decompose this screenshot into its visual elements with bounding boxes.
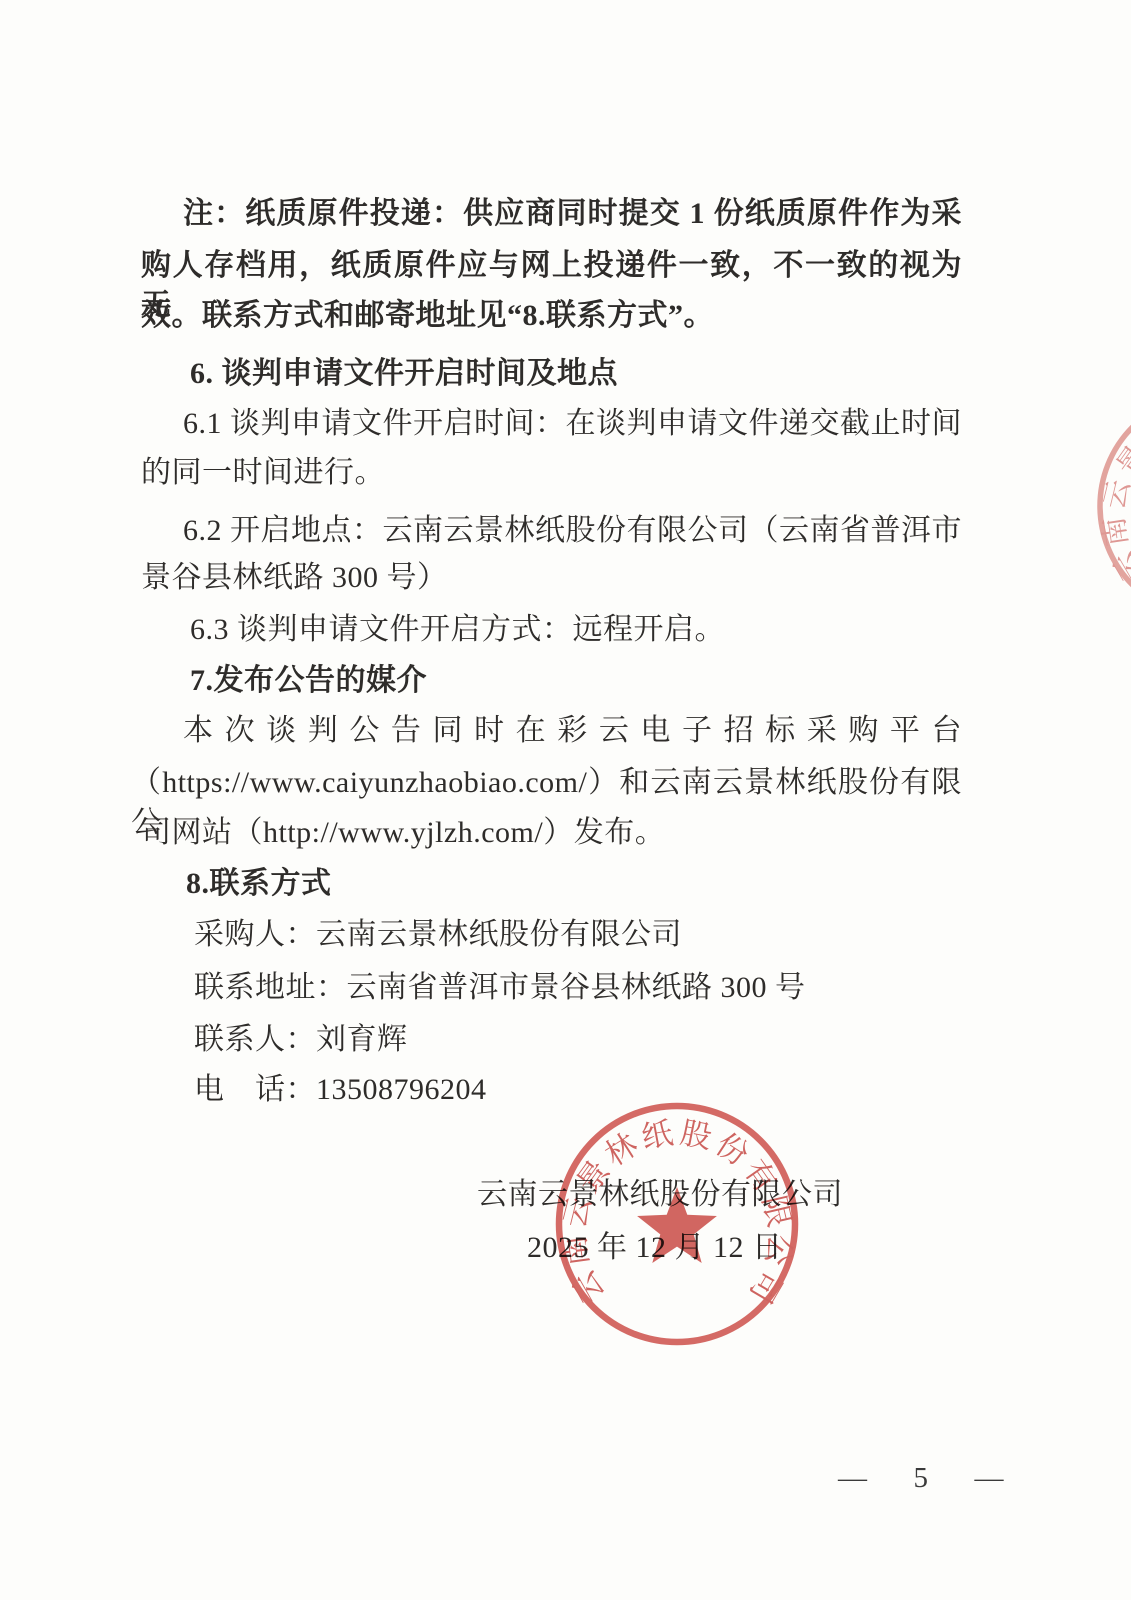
contact-person-line: 联系人：刘育辉 [194,1020,408,1060]
note-line-3-suffix: ”。 [668,299,714,332]
section-6-3-line: 6.3 谈判申请文件开启方式：远程开启。 [190,610,725,650]
partial-seal-stamp: 云南云景林纸股份有限公司 [1077,371,1131,641]
section-6-1-line-2: 的同一时间进行。 [141,453,385,493]
section-6-1-line-1: 6.1 谈判申请文件开启时间：在谈判申请文件递交截止时间 [183,404,962,444]
section-7-heading: 7.发布公告的媒介 [190,661,427,701]
contact-address-line: 联系地址：云南省普洱市景谷县林纸路 300 号 [194,968,806,1008]
section-6-heading: 6. 谈判申请文件开启时间及地点 [190,354,618,394]
section-8-heading: 8.联系方式 [186,864,332,904]
document-page: 注：纸质原件投递：供应商同时提交 1 份纸质原件作为采 购人存档用，纸质原件应与… [0,0,1131,1600]
section-6-2-line-2: 景谷县林纸路 300 号） [141,558,448,598]
note-line-1: 注：纸质原件投递：供应商同时提交 1 份纸质原件作为采 [183,194,962,234]
phone-line: 电 话：13508796204 [194,1070,487,1110]
section-7-line-3: 司网站（http://www.yjlzh.com/）发布。 [141,813,665,853]
company-seal-stamp: 云南云景林纸股份有限公司 [542,1089,812,1359]
note-line-3: 效。联系方式和邮寄地址见“8.联系方式”。 [141,296,714,336]
seal-ring [559,1106,795,1342]
partial-seal-curved-text: 云南云景林纸股份有限公司 [1097,402,1131,587]
page-number: — 5 — [838,1462,1004,1495]
partial-seal-ring [1100,394,1131,618]
purchaser-line: 采购人：云南云景林纸股份有限公司 [194,915,682,955]
note-line-3-prefix: 效。联系方式和邮寄地址见“ [141,299,523,332]
signature-date-line: 2025 年 12 月 12 日 [527,1228,783,1268]
section-7-line-1: 本次谈判公告同时在彩云电子招标采购平台 [183,711,962,751]
section-6-2-line-1: 6.2 开启地点：云南云景林纸股份有限公司（云南省普洱市 [183,511,962,551]
note-line-3-reference: 8.联系方式 [523,299,669,332]
signature-company-line: 云南云景林纸股份有限公司 [477,1175,843,1215]
